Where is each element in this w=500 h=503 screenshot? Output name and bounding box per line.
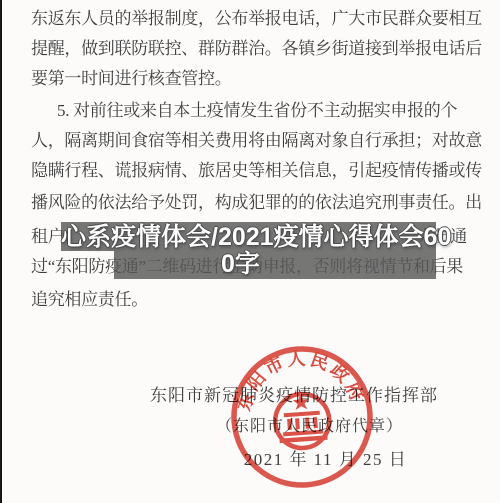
body-line: 要第一时间进行核查管控。 (31, 69, 231, 88)
overlay-title-line1: 心系疫情体会/2021疫情心得体会60 (61, 224, 436, 251)
national-emblem-icon (273, 392, 331, 450)
body-line: 人，隔离期间食宿等相关费用将由隔离对象自行承担；对故意 (31, 131, 482, 150)
body-line: 提醒，做到联防联控、群防群治。各镇乡街道接到举报电话后 (31, 39, 482, 58)
body-line: 追究相应责任。 (31, 290, 148, 309)
body-line: 隐瞒行程、谎报病情、旅居史等相关信息，引起疫情传播或传 (31, 161, 482, 180)
scan-edge-artifact (0, 0, 2, 503)
body-line: 东返东人员的举报制度，公布举报电话，广大市民群众要相互 (31, 9, 482, 28)
title-overlay-band-2 (114, 251, 436, 279)
scanned-notice-page: 东返东人员的举报制度，公布举报电话，广大市民群众要相互 提醒，做到联防联控、群防… (0, 0, 500, 503)
body-line: 播风险的依法给予处罚，构成犯罪的的依法追究刑事责任。出 (31, 193, 482, 212)
overlay-title-line2: 0字 (221, 251, 260, 278)
seal-graphic: 东阳市人民政府 (229, 344, 375, 489)
government-seal: 东阳市人民政府 (227, 342, 377, 492)
body-line-item5: 5. 对前往或来自本土疫情发生省份不主动据实申报的个 (57, 101, 457, 120)
